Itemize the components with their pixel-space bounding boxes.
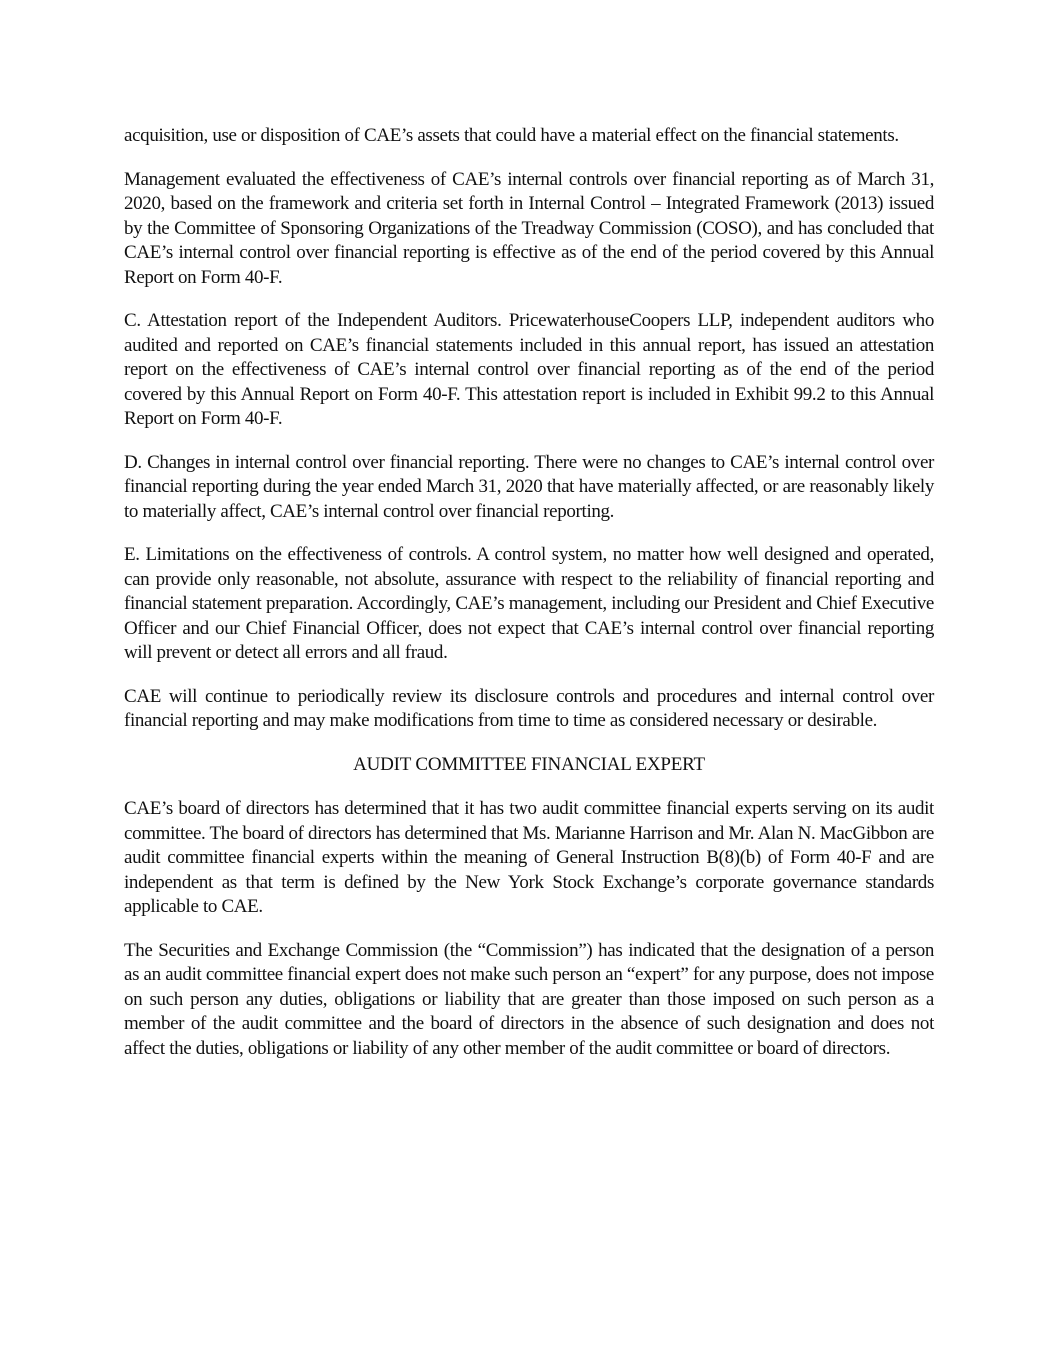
paragraph-financial-experts: CAE’s board of directors has determined … xyxy=(124,797,934,920)
document-page: acquisition, use or disposition of CAE’s… xyxy=(124,124,934,1080)
paragraph-attestation-report: C. Attestation report of the Independent… xyxy=(124,309,934,432)
paragraph-management-evaluation: Management evaluated the effectiveness o… xyxy=(124,168,934,291)
paragraph-periodic-review: CAE will continue to periodically review… xyxy=(124,685,934,734)
paragraph-changes-internal-control: D. Changes in internal control over fina… xyxy=(124,451,934,525)
paragraph-limitations: E. Limitations on the effectiveness of c… xyxy=(124,543,934,666)
section-heading: AUDIT COMMITTEE FINANCIAL EXPERT xyxy=(124,753,934,778)
paragraph-sec-designation: The Securities and Exchange Commission (… xyxy=(124,939,934,1062)
paragraph-acquisition: acquisition, use or disposition of CAE’s… xyxy=(124,124,934,149)
